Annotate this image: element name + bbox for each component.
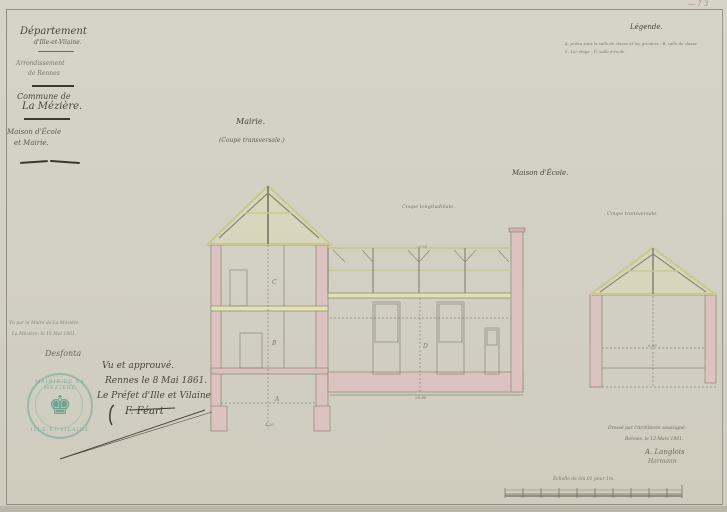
scale-bar [505,485,682,498]
dim-mairie-base: 4.20 [265,423,274,427]
room-label-c: C [272,280,277,286]
mayor-note-line1: Vu par le Maire de La Mézière [9,322,79,327]
ecole-longitudinal-section [328,228,525,395]
stamp-top-text: MAIRIE DE LA MÉZIÈRE [29,379,91,391]
approval-line1: Vu et approuvé. [102,362,174,371]
architect-second-signature: Hermann [648,459,677,465]
architect-note-line1: Dressé par l'Architecte soussigné. [608,427,686,432]
mairie-stamp: MAIRIE DE LA MÉZIÈRE ♚ ILLE-ET-VILAINE [27,373,93,439]
room-label-d: D [423,344,428,350]
approval-signature: F. Féart [125,407,164,417]
room-label-a: A [275,397,279,403]
stamp-bottom-text: ILLE-ET-VILAINE [29,427,91,433]
eagle-icon: ♚ [48,391,72,421]
mayor-signature: Desfonta [45,350,81,358]
dim-long-top: 9.70 [418,245,427,249]
architect-signature: A. Langlois [645,449,685,456]
approval-line2: Rennes le 8 Mai 1861. [105,377,207,386]
approval-line3: Le Préfet d'Ille et Vilaine [97,392,211,401]
architect-note-line2: Rennes, le 12 Mars 1861. [625,438,683,443]
dim-long-length: 20.88 [415,396,426,400]
drawing-sheet: — 7 3 Département d'Ille-et-Vilaine. Arr… [0,0,727,512]
dim-trans-width: 6.00 [648,344,657,348]
mayor-note-line2: La Mézière, le 15 Mai 1861. [12,333,76,338]
ecole-transversal-section [590,248,716,387]
room-label-b: B [272,341,276,347]
mairie-section [207,186,331,431]
section-drawings [0,0,727,512]
scale-caption: Échelle de 0m,01 pour 1m. [553,478,615,483]
